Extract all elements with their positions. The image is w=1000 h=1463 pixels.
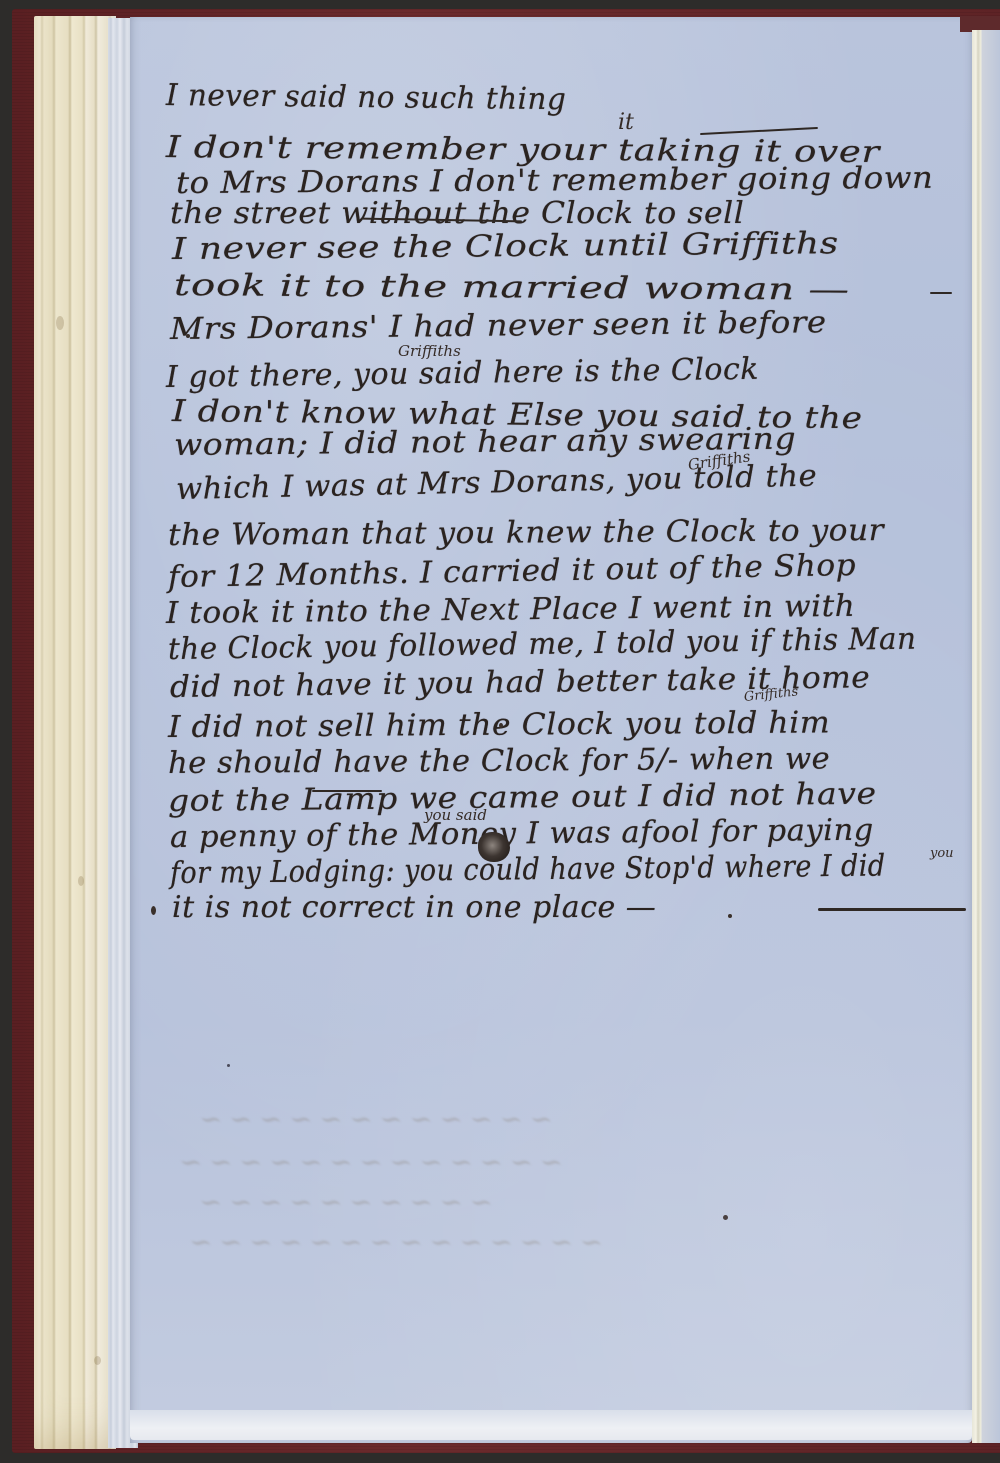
manuscript-line: for 12 Months. I carried it out of the S… [168, 548, 857, 595]
manuscript-line: got the Lamp we came out I did not have [168, 777, 877, 819]
interlinear-insertion: Griffiths [398, 342, 461, 360]
ink-speck [728, 914, 732, 918]
ink-speck [499, 723, 503, 728]
strikethrough-stroke [312, 790, 382, 792]
manuscript-line: I never see the Clock until Griffiths [172, 226, 839, 267]
manuscript-text: I never said no such thing I don't remem… [0, 0, 1000, 1463]
manuscript-line: he should have the Clock for 5/- when we [168, 741, 830, 781]
ink-speck [151, 906, 156, 915]
manuscript-line: took it to the married woman — [174, 268, 850, 308]
manuscript-line: to Mrs Dorans I don't remember going dow… [176, 161, 934, 201]
manuscript-line: I got there, you said here is the Clock [166, 352, 759, 395]
bleed-through-line: ~ ~ ~ ~ ~ ~ ~ ~ ~ ~ ~ ~ [195, 1105, 557, 1135]
manuscript-line: I never said no such thing [166, 78, 567, 117]
manuscript-line: for my Lodging: you could have Stop'd wh… [170, 849, 886, 891]
end-dash [818, 908, 966, 911]
manuscript-line: the street without the Clock to sell [170, 196, 744, 231]
end-dash [930, 292, 952, 294]
manuscript-line: a penny of the Money I was afool for pay… [170, 813, 874, 855]
bleed-through-line: ~ ~ ~ ~ ~ ~ ~ ~ ~ ~ ~ ~ ~ ~ [185, 1228, 607, 1258]
manuscript-line: the Woman that you knew the Clock to you… [168, 513, 884, 553]
ink-speck [186, 334, 190, 338]
interlinear-insertion: you said [424, 806, 487, 824]
manuscript-line: Mrs Dorans' I had never seen it before [170, 305, 827, 347]
interlinear-insertion: it [618, 110, 634, 135]
manuscript-line: it is not correct in one place — [172, 890, 656, 925]
bleed-through-line: ~ ~ ~ ~ ~ ~ ~ ~ ~ ~ [195, 1188, 497, 1218]
bleed-through-line: ~ ~ ~ ~ ~ ~ ~ ~ ~ ~ ~ ~ ~ [175, 1148, 567, 1178]
interlinear-insertion: you [930, 846, 954, 861]
ink-blot [478, 832, 510, 862]
ink-speck [227, 1064, 230, 1067]
ink-speck [723, 1215, 728, 1220]
